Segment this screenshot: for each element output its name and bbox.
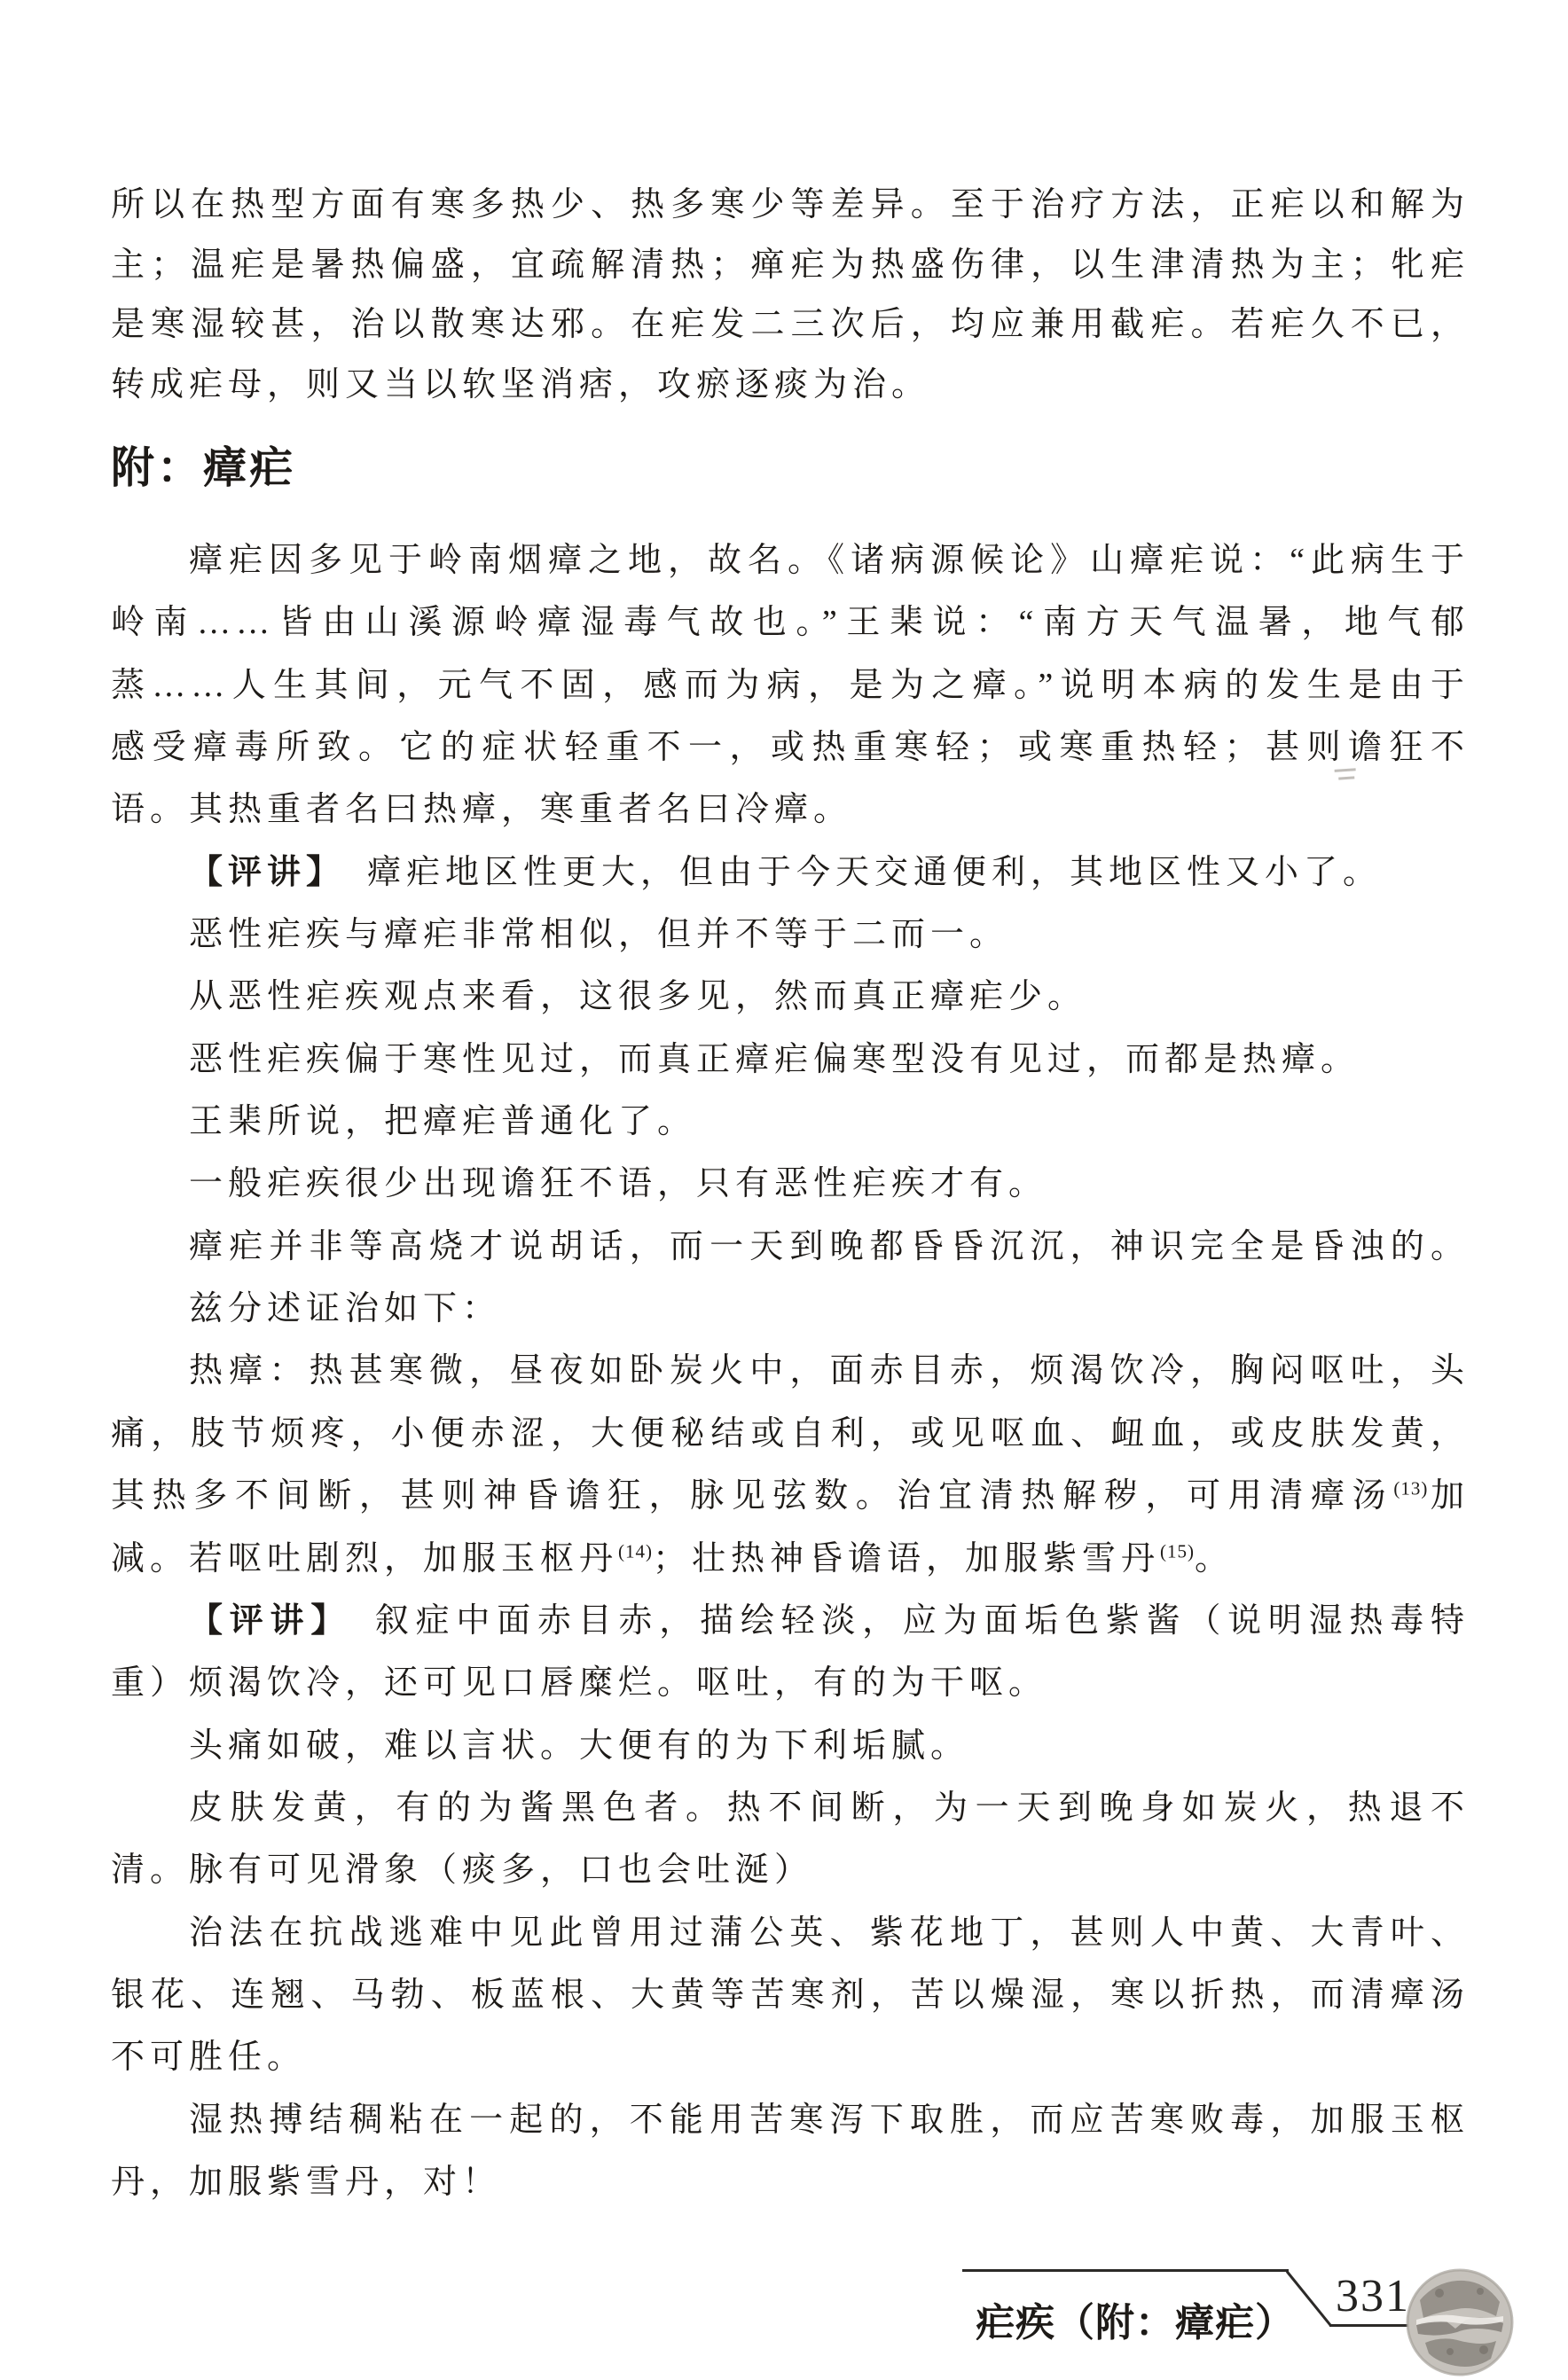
text-run: 岭南……皆由山溪源岭瘴湿毒气故也。”王棐说：“南方天气温暑，地气郁 bbox=[111, 604, 1470, 641]
commentary-label: 【评讲】 bbox=[189, 854, 328, 891]
text-run: 蒸……人生其间，元气不固，感而为病，是为之瘴。”说明本病的发生是由于 bbox=[111, 667, 1470, 704]
text-line: 岭南……皆由山溪源岭瘴湿毒气故也。”王棐说：“南方天气温暑，地气郁 bbox=[111, 591, 1470, 654]
text-run: 叙症中面赤目赤，描绘轻淡，应为面垢色紫酱（说明湿热毒特 bbox=[334, 1602, 1470, 1640]
text-run: 治法在抗战逃难中见此曾用过蒲公英、紫花地丁，甚则人中黄、大青叶、 bbox=[189, 1914, 1470, 1952]
text-run: 王棐所说，把瘴疟普通化了。 bbox=[189, 1103, 696, 1140]
section-heading: 附：瘴疟 bbox=[111, 443, 295, 493]
text-line: 主；温疟是暑热偏盛，宜疏解清热；瘅疟为热盛伤律，以生津清热为主；牝疟 bbox=[111, 236, 1470, 296]
text-run: 加 bbox=[1428, 1477, 1470, 1515]
text-run: 恶性疟疾与瘴疟非常相似，但并不等于二而一。 bbox=[189, 916, 1008, 953]
text-run: 不可胜任。 bbox=[111, 2039, 306, 2076]
text-line: 银花、连翘、马勃、板蓝根、大黄等苦寒剂，苦以燥湿，寒以折热，而清瘴汤 bbox=[111, 1964, 1470, 2026]
text-line: 头痛如破，难以言状。大便有的为下利垢腻。 bbox=[111, 1715, 1470, 1777]
text-run: 热瘴：热甚寒微，昼夜如卧炭火中，面赤目赤，烦渴饮冷，胸闷呕吐，头 bbox=[189, 1352, 1470, 1390]
text-run: 从恶性疟疾观点来看，这很多见，然而真正瘴疟少。 bbox=[189, 978, 1086, 1015]
text-line: 清。脉有可见滑象（痰多，口也会吐涎） bbox=[111, 1839, 1470, 1901]
text-run: 其热多不间断，甚则神昏谵狂，脉见弦数。治宜清热解秽，可用清瘴汤 bbox=[111, 1477, 1393, 1515]
text-line: 恶性疟疾与瘴疟非常相似，但并不等于二而一。 bbox=[111, 904, 1470, 966]
text-line: 瘴疟因多见于岭南烟瘴之地，故名。《诸病源候论》山瘴疟说：“此病生于 bbox=[111, 529, 1470, 591]
text-run: 瘴疟因多见于岭南烟瘴之地，故名。《诸病源候论》山瘴疟说：“此病生于 bbox=[189, 542, 1470, 579]
text-run: 瘴疟并非等高烧才说胡话，而一天到晚都昏昏沉沉，神识完全是昏浊的。 bbox=[189, 1228, 1470, 1265]
text-run: 湿热搏结稠粘在一起的，不能用苦寒泻下取胜，而应苦寒败毒，加服玉枢 bbox=[189, 2102, 1470, 2139]
commentary-label: 【评讲】 bbox=[189, 1602, 334, 1640]
text-line: 治法在抗战逃难中见此曾用过蒲公英、紫花地丁，甚则人中黄、大青叶、 bbox=[111, 1902, 1470, 1964]
text-line: 恶性疟疾偏于寒性见过，而真正瘴疟偏寒型没有见过，而都是热瘴。 bbox=[111, 1029, 1470, 1091]
text-line: 从恶性疟疾观点来看，这很多见，然而真正瘴疟少。 bbox=[111, 966, 1470, 1028]
text-run: 皮肤发黄，有的为酱黑色者。热不间断，为一天到晚身如炭火，热退不 bbox=[189, 1789, 1470, 1827]
page-number: 331 bbox=[1336, 2270, 1410, 2322]
text-run: 一般疟疾很少出现谵狂不语，只有恶性疟疾才有。 bbox=[189, 1165, 1047, 1202]
text-line: 转成疟母，则又当以软坚消痞，攻瘀逐痰为治。 bbox=[111, 356, 1470, 416]
text-run: 头痛如破，难以言状。大便有的为下利垢腻。 bbox=[189, 1727, 969, 1765]
text-line: 王棐所说，把瘴疟普通化了。 bbox=[111, 1091, 1470, 1153]
footer-chapter-title: 疟疾（附：瘴疟） bbox=[976, 2290, 1295, 2347]
text-line: 一般疟疾很少出现谵狂不语，只有恶性疟疾才有。 bbox=[111, 1153, 1470, 1215]
text-run: 清。脉有可见滑象（痰多，口也会吐涎） bbox=[111, 1852, 813, 1889]
text-line: 所以在热型方面有寒多热少、热多寒少等差异。至于治疗方法，正疟以和解为 bbox=[111, 176, 1470, 236]
text-run: 重）烦渴饮冷，还可见口唇糜烂。呕吐，有的为干呕。 bbox=[111, 1664, 1047, 1702]
text-line: 语。其热重者名曰热瘴，寒重者名曰冷瘴。 bbox=[111, 779, 1470, 841]
scan-artifact-mark bbox=[1335, 768, 1359, 781]
text-line: 是寒湿较甚，治以散寒达邪。在疟发二三次后，均应兼用截疟。若疟久不已， bbox=[111, 295, 1470, 356]
book-page: 所以在热型方面有寒多热少、热多寒少等差异。至于治疗方法，正疟以和解为主；温疟是暑… bbox=[0, 0, 1568, 2380]
text-line: 热瘴：热甚寒微，昼夜如卧炭火中，面赤目赤，烦渴饮冷，胸闷呕吐，头 bbox=[111, 1340, 1470, 1402]
text-run: 兹分述证治如下： bbox=[189, 1290, 501, 1327]
text-line: 减。若呕吐剧烈，加服玉枢丹(14)；壮热神昏谵语，加服紫雪丹(15)。 bbox=[111, 1528, 1470, 1590]
library-stamp-icon bbox=[1404, 2266, 1516, 2378]
text-line: 不可胜任。 bbox=[111, 2026, 1470, 2088]
text-run: 语。其热重者名曰热瘴，寒重者名曰冷瘴。 bbox=[111, 791, 852, 828]
footnote-marker: (15) bbox=[1160, 1540, 1195, 1562]
text-run: 恶性疟疾偏于寒性见过，而真正瘴疟偏寒型没有见过，而都是热瘴。 bbox=[189, 1041, 1360, 1078]
text-line: 兹分述证治如下： bbox=[111, 1278, 1470, 1340]
text-run: 主；温疟是暑热偏盛，宜疏解清热；瘅疟为热盛伤律，以生津清热为主；牝疟 bbox=[111, 247, 1470, 284]
text-line: 重）烦渴饮冷，还可见口唇糜烂。呕吐，有的为干呕。 bbox=[111, 1652, 1470, 1714]
text-run: 是寒湿较甚，治以散寒达邪。在疟发二三次后，均应兼用截疟。若疟久不已， bbox=[111, 306, 1470, 343]
text-run: 感受瘴毒所致。它的症状轻重不一，或热重寒轻；或寒重热轻；甚则谵狂不 bbox=[111, 729, 1470, 766]
footer-rule-top bbox=[962, 2269, 1289, 2272]
text-line: 感受瘴毒所致。它的症状轻重不一，或热重寒轻；或寒重热轻；甚则谵狂不 bbox=[111, 716, 1470, 779]
text-run: ；壮热神昏谵语，加服紫雪丹 bbox=[653, 1540, 1160, 1578]
text-line: 皮肤发黄，有的为酱黑色者。热不间断，为一天到晚身如炭火，热退不 bbox=[111, 1777, 1470, 1839]
text-run: 。 bbox=[1195, 1540, 1234, 1578]
text-line: 【评讲】 瘴疟地区性更大，但由于今天交通便利，其地区性又小了。 bbox=[111, 842, 1470, 904]
text-line: 丹，加服紫雪丹，对！ bbox=[111, 2151, 1470, 2213]
text-run: 银花、连翘、马勃、板蓝根、大黄等苦寒剂，苦以燥湿，寒以折热，而清瘴汤 bbox=[111, 1977, 1470, 2014]
text-run: 转成疟母，则又当以软坚消痞，攻瘀逐痰为治。 bbox=[111, 366, 930, 403]
text-line: 蒸……人生其间，元气不固，感而为病，是为之瘴。”说明本病的发生是由于 bbox=[111, 654, 1470, 716]
text-run: 丹，加服紫雪丹，对！ bbox=[111, 2164, 501, 2201]
text-run: 瘴疟地区性更大，但由于今天交通便利，其地区性又小了。 bbox=[328, 854, 1382, 891]
text-line: 瘴疟并非等高烧才说胡话，而一天到晚都昏昏沉沉，神识完全是昏浊的。 bbox=[111, 1216, 1470, 1278]
text-run: 减。若呕吐剧烈，加服玉枢丹 bbox=[111, 1540, 618, 1578]
text-run: 所以在热型方面有寒多热少、热多寒少等差异。至于治疗方法，正疟以和解为 bbox=[111, 186, 1470, 223]
text-run: 痛，肢节烦疼，小便赤涩，大便秘结或自利，或见呕血、衄血，或皮肤发黄， bbox=[111, 1415, 1470, 1452]
footnote-marker: (13) bbox=[1393, 1478, 1428, 1499]
text-line: 【评讲】 叙症中面赤目赤，描绘轻淡，应为面垢色紫酱（说明湿热毒特 bbox=[111, 1590, 1470, 1652]
text-line: 痛，肢节烦疼，小便赤涩，大便秘结或自利，或见呕血、衄血，或皮肤发黄， bbox=[111, 1403, 1470, 1465]
footnote-marker: (14) bbox=[618, 1540, 653, 1562]
intro-paragraph: 所以在热型方面有寒多热少、热多寒少等差异。至于治疗方法，正疟以和解为主；温疟是暑… bbox=[111, 176, 1470, 415]
footer-rule-bottom bbox=[1329, 2324, 1414, 2327]
text-line: 湿热搏结稠粘在一起的，不能用苦寒泻下取胜，而应苦寒败毒，加服玉枢 bbox=[111, 2089, 1470, 2151]
appendix-body-text: 瘴疟因多见于岭南烟瘴之地，故名。《诸病源候论》山瘴疟说：“此病生于岭南……皆由山… bbox=[111, 529, 1470, 2213]
text-line: 其热多不间断，甚则神昏谵狂，脉见弦数。治宜清热解秽，可用清瘴汤(13)加 bbox=[111, 1465, 1470, 1527]
